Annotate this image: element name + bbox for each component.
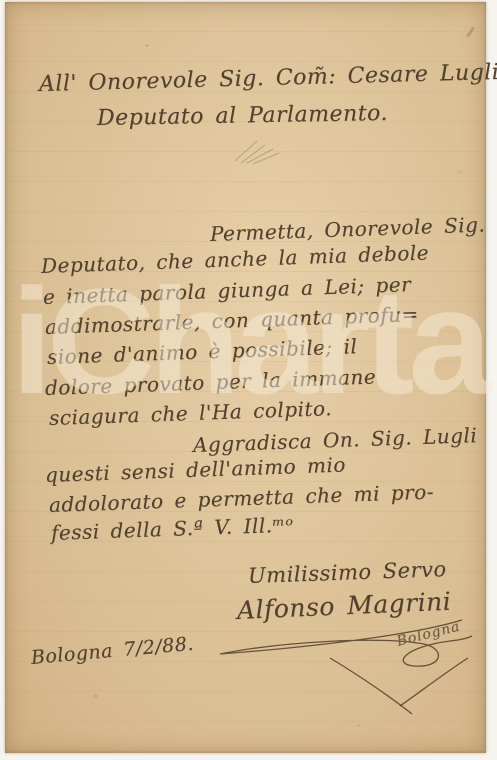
letter-line: Deputato, che anche la mia debole (41, 240, 430, 278)
letter-scan: All' Onorevole Sig. Com̃: Cesare Lugli D… (0, 0, 497, 760)
paper-speck (457, 170, 463, 174)
letter-line: fessi della S.ª V. Ill.ᵐᵒ (51, 513, 294, 545)
valediction: Umilissimo Servo (248, 557, 447, 588)
letter-line: addimostrarle, con quanta profu= (45, 302, 420, 339)
paper-speck (357, 724, 361, 727)
recipient-title-line: Deputato al Parlamento. (97, 101, 388, 131)
paper-speck (145, 44, 149, 47)
letter-line: dolore provato per la immane (45, 364, 377, 400)
letter-line: Permetta, Onorevole Sig. (210, 212, 486, 246)
letter-line: addolorato e permetta che mi pro- (49, 480, 435, 517)
paper-speck (93, 694, 98, 698)
manuscript-paper: All' Onorevole Sig. Com̃: Cesare Lugli D… (5, 2, 486, 753)
letter-line: sione d'animo è possibile; il (47, 334, 358, 369)
pencil-smudge (227, 135, 287, 167)
letter-line: sciagura che l'Ha colpito. (49, 396, 333, 430)
recipient-line: All' Onorevole Sig. Com̃: Cesare Lugli (39, 60, 497, 97)
dateline: Bologna 7/2/88. (30, 633, 195, 669)
letter-line: questi sensi dell'animo mio (45, 453, 347, 487)
paper-speck (466, 26, 475, 38)
